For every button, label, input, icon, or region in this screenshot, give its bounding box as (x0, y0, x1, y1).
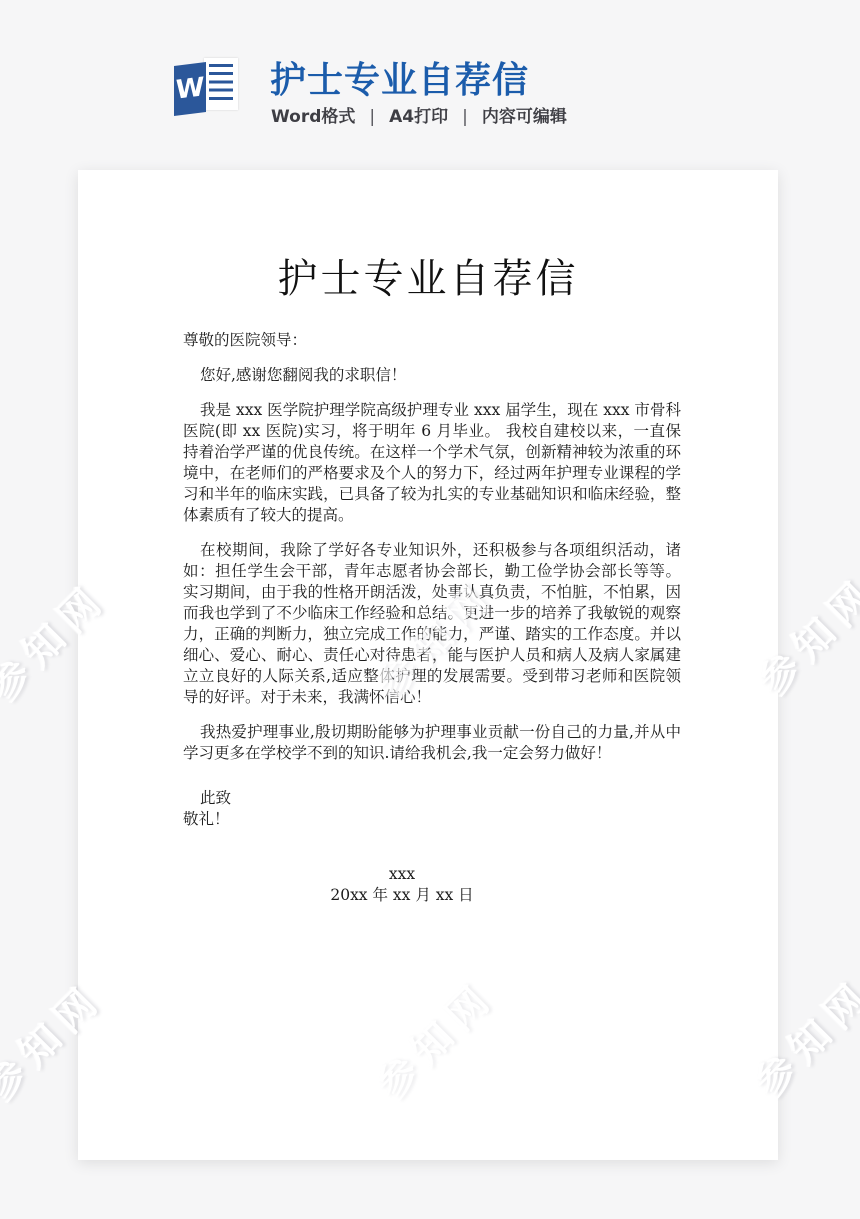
meta-a4-print: A4打印 (389, 107, 448, 127)
meta-editable: 内容可编辑 (482, 107, 567, 127)
word-icon-text-lines (209, 64, 233, 104)
paragraph-3: 在校期间，我除了学好各专业知识外，还积极参与各项组织活动，诸如：担任学生会干部，… (183, 540, 681, 708)
meta-separator: | (462, 107, 468, 127)
word-icon-cover: W (174, 62, 206, 116)
site-header: W 护士专业自荐信 Word格式|A4打印|内容可编辑 (0, 0, 860, 150)
template-meta: Word格式|A4打印|内容可编辑 (271, 102, 567, 127)
document-sheet: 护士专业自荐信 尊敬的医院领导： 您好,感谢您翻阅我的求职信！ 我是 xxx 医… (78, 170, 778, 1160)
document-title: 护士专业自荐信 (78, 255, 778, 303)
template-title-link[interactable]: 护士专业自荐信 (270, 52, 529, 103)
signature-name: xxx (153, 864, 651, 885)
salutation: 尊敬的医院领导： (183, 330, 681, 351)
meta-separator: | (369, 107, 375, 127)
closing-respect: 此致 (183, 788, 681, 809)
document-body: 尊敬的医院领导： 您好,感谢您翻阅我的求职信！ 我是 xxx 医学院护理学院高级… (183, 330, 681, 906)
closing-block: 此致 敬礼！ (183, 788, 681, 830)
signature-block: xxx 20xx 年 xx 月 xx 日 (153, 864, 651, 906)
signature-date: 20xx 年 xx 月 xx 日 (153, 885, 651, 906)
word-icon: W (174, 58, 238, 118)
word-icon-page (204, 58, 238, 110)
word-icon-letter: W (176, 74, 205, 104)
closing-salute: 敬礼！ (183, 809, 681, 830)
paragraph-4: 我热爱护理事业,殷切期盼能够为护理事业贡献一份自己的力量,并从中学习更多在学校学… (183, 722, 681, 764)
page-canvas: 参知网 参知网 参知网 参知网 参知网 参知网 W 护士专业自荐信 Word格式… (0, 0, 860, 1219)
paragraph-1: 您好,感谢您翻阅我的求职信！ (183, 365, 681, 386)
paragraph-2: 我是 xxx 医学院护理学院高级护理专业 xxx 届学生，现在 xxx 市骨科医… (183, 400, 681, 526)
meta-word-format: Word格式 (271, 107, 355, 127)
